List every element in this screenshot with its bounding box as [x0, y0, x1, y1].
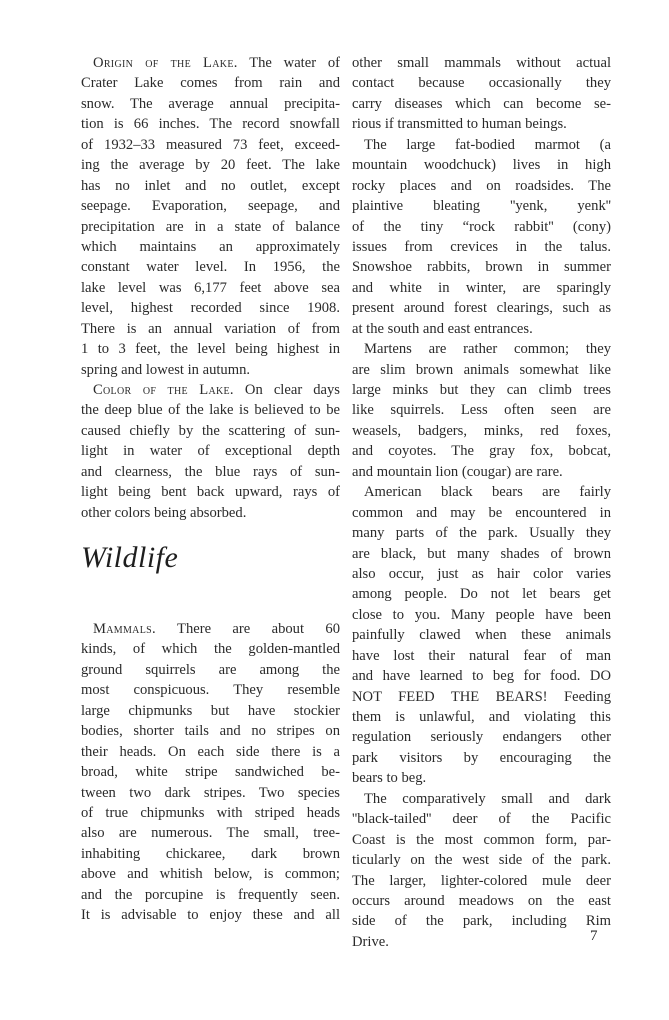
text-line: precipitation are in a state of balance	[81, 217, 340, 237]
text-line: plaintive bleating ''yenk, yenk''	[352, 196, 611, 216]
text-line: close to you. Many people have been	[352, 605, 611, 625]
text-line: and mountain lion (cougar) are rare.	[352, 462, 611, 482]
text-line: park visitors by encouraging the	[352, 748, 611, 768]
text-line: inhabiting chickaree, dark brown	[81, 844, 340, 864]
text-line: It is advisable to enjoy these and all	[81, 905, 340, 925]
text-line: Snowshoe rabbits, brown in summer	[352, 257, 611, 277]
text-line: of true chipmunks with striped heads	[81, 803, 340, 823]
text-line: mountain woodchuck) lives in high	[352, 155, 611, 175]
text-line: Color of the Lake. On clear days	[81, 380, 340, 400]
text-line: also are numerous. The small, tree-	[81, 823, 340, 843]
text-line: Crater Lake comes from rain and	[81, 73, 340, 93]
paragraph-mammals: Mammals. There are about 60 kinds, of wh…	[81, 619, 340, 926]
text-line: most conspicuous. They resemble	[81, 680, 340, 700]
text-line: and have learned to beg for food. DO	[352, 666, 611, 686]
text-line: present around forest clearings, such as	[352, 298, 611, 318]
text-line: Drive.	[352, 932, 611, 952]
text-line: have lost their natural fear of man	[352, 646, 611, 666]
text-line: ing the average by 20 feet. The lake	[81, 155, 340, 175]
paragraph-origin-of-the-lake: Origin of the Lake. The water of Crater …	[81, 53, 340, 380]
text-line: common and may be encountered in	[352, 503, 611, 523]
text-line: light being bent back upward, rays of	[81, 482, 340, 502]
right-column: other small mammals without actual conta…	[352, 53, 611, 952]
text-line: ticularly on the west side of the park.	[352, 850, 611, 870]
text-line: kinds, of which the golden-mantled	[81, 639, 340, 659]
text-line: large chipmunks but have stockier	[81, 701, 340, 721]
text-line: constant water level. In 1956, the	[81, 257, 340, 277]
text-line: caused chiefly by the scattering of sun-	[81, 421, 340, 441]
text-line: of 1932–33 measured 73 feet, exceed-	[81, 135, 340, 155]
text-line: which maintains an approximately	[81, 237, 340, 257]
text-line: ground squirrels are among the	[81, 660, 340, 680]
text-line: Origin of the Lake. The water of	[81, 53, 340, 73]
text-line: Mammals. There are about 60	[81, 619, 340, 639]
text-line: NOT FEED THE BEARS! Feeding	[352, 687, 611, 707]
text-line: spring and lowest in autumn.	[81, 360, 340, 380]
text-line: are black, but many shades of brown	[352, 544, 611, 564]
paragraph-black-bears: American black bears are fairly common a…	[352, 482, 611, 789]
text-line: rocky places and on roadsides. The	[352, 176, 611, 196]
left-column: Origin of the Lake. The water of Crater …	[81, 53, 340, 523]
text-line: large minks but they can climb trees	[352, 380, 611, 400]
page-number: 7	[590, 928, 598, 945]
paragraph-color-of-the-lake: Color of the Lake. On clear days the dee…	[81, 380, 340, 523]
text-line: bears to beg.	[352, 768, 611, 788]
run-in-heading: Color of the Lake.	[93, 382, 234, 398]
book-page: Origin of the Lake. The water of Crater …	[0, 0, 669, 1020]
paragraph-small-mammals-continued: other small mammals without actual conta…	[352, 53, 611, 135]
text-line: tween two dark stripes. Two species	[81, 783, 340, 803]
text-line: American black bears are fairly	[352, 482, 611, 502]
section-title-wildlife: Wildlife	[81, 541, 178, 575]
text-line: the deep blue of the lake is believed to…	[81, 400, 340, 420]
text-line: them is unlawful, and violating this	[352, 707, 611, 727]
text-line: above and whitish below, is common;	[81, 864, 340, 884]
text-line: and white in winter, are sparingly	[352, 278, 611, 298]
text-line: of the tiny “rock rabbit'' (cony)	[352, 217, 611, 237]
text-line: other small mammals without actual	[352, 53, 611, 73]
paragraph-marmot: The large fat-bodied marmot (a mountain …	[352, 135, 611, 339]
text-line: their heads. On each side there is a	[81, 742, 340, 762]
paragraph-martens: Martens are rather common; they are slim…	[352, 339, 611, 482]
text-line: level, highest recorded since 1908.	[81, 298, 340, 318]
text-line: There is an annual variation of from	[81, 319, 340, 339]
text-line: The comparatively small and dark	[352, 789, 611, 809]
text-line: snow. The average annual precipita-	[81, 94, 340, 114]
text-line: at the south and east entrances.	[352, 319, 611, 339]
text-line: weasels, badgers, minks, red foxes,	[352, 421, 611, 441]
text-line: light in water of exceptional depth	[81, 441, 340, 461]
text-line: rious if transmitted to human beings.	[352, 114, 611, 134]
text-line: also occur, just as hair color varies	[352, 564, 611, 584]
text-line: Coast is the most common form, par-	[352, 830, 611, 850]
text-line: and clearness, the blue rays of sun-	[81, 462, 340, 482]
text-line: side of the park, including Rim	[352, 911, 611, 931]
run-in-heading: Origin of the Lake.	[93, 55, 238, 71]
text-line: occurs around meadows on the east	[352, 891, 611, 911]
text-line: ''black-tailed'' deer of the Pacific	[352, 809, 611, 829]
text-line: broad, white stripe sandwiched be-	[81, 762, 340, 782]
text-line: and coyotes. The gray fox, bobcat,	[352, 441, 611, 461]
text-line: The large fat-bodied marmot (a	[352, 135, 611, 155]
text-line: contact because occasionally they	[352, 73, 611, 93]
run-in-heading: Mammals.	[93, 621, 156, 637]
text-line: and the porcupine is frequently seen.	[81, 885, 340, 905]
text-line: has no inlet and no outlet, except	[81, 176, 340, 196]
text-line: Martens are rather common; they	[352, 339, 611, 359]
text-line: many parts of the park. Usually they	[352, 523, 611, 543]
text-line: painfully clawed when these animals	[352, 625, 611, 645]
text-line: tion is 66 inches. The record snowfall	[81, 114, 340, 134]
paragraph-deer: The comparatively small and dark ''black…	[352, 789, 611, 953]
text-line: issues from crevices in the talus.	[352, 237, 611, 257]
text-line: are slim brown animals somewhat like	[352, 360, 611, 380]
text-line: regulation seriously endangers other	[352, 727, 611, 747]
text-line: seepage. Evaporation, seepage, and	[81, 196, 340, 216]
text-line: like squirrels. Less often seen are	[352, 400, 611, 420]
text-line: lake level was 6,177 feet above sea	[81, 278, 340, 298]
text-line: The larger, lighter-colored mule deer	[352, 871, 611, 891]
text-line: other colors being absorbed.	[81, 503, 340, 523]
text-line: 1 to 3 feet, the level being highest in	[81, 339, 340, 359]
text-line: bodies, shorter tails and no stripes on	[81, 721, 340, 741]
text-line: carry diseases which can become se-	[352, 94, 611, 114]
text-line: among people. Do not let bears get	[352, 584, 611, 604]
